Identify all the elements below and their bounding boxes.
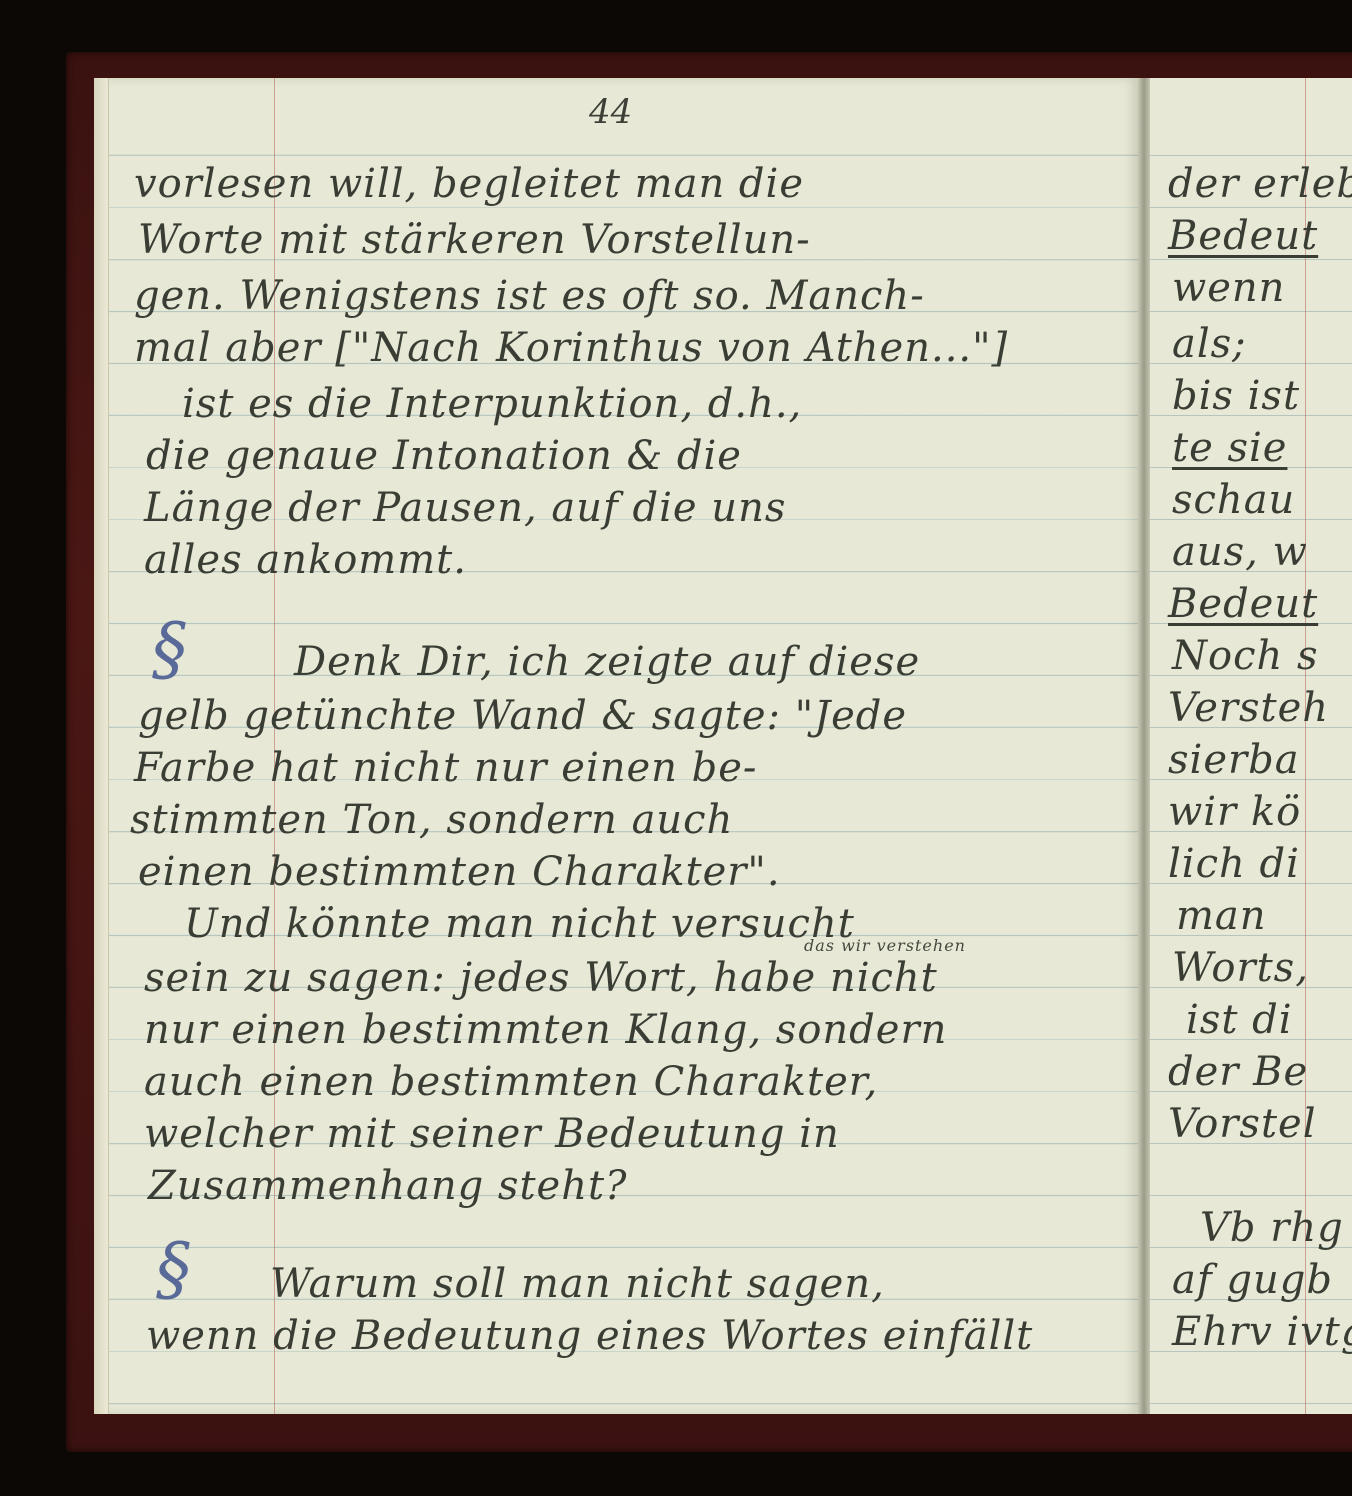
handwritten-line: der Be (1168, 1046, 1308, 1098)
handwritten-line: te sie (1172, 422, 1287, 474)
handwritten-line: Bedeut (1168, 210, 1318, 262)
page-edge (94, 78, 109, 1414)
handwritten-line: sierba (1168, 734, 1300, 786)
handwritten-line: wenn (1172, 262, 1285, 314)
right-page: der erleb Bedeut wenn als; bis ist te si… (1150, 78, 1352, 1414)
handwritten-line: Vb rhg (1200, 1202, 1344, 1254)
left-page: 44 vorlesen will, begleitet man die Wort… (94, 78, 1138, 1414)
handwritten-line: man (1176, 890, 1267, 942)
handwritten-line: Farbe hat nicht nur einen be- (134, 742, 757, 794)
handwritten-line: wenn die Bedeutung eines Wortes einfällt (146, 1310, 1033, 1362)
handwritten-line: af gugb (1172, 1254, 1333, 1306)
handwritten-line: Bedeut (1168, 578, 1318, 630)
handwritten-line: auch einen bestimmten Charakter, (144, 1056, 878, 1108)
section-mark: § (152, 608, 187, 690)
handwritten-line: ist di (1186, 994, 1293, 1046)
handwritten-line: sein zu sagen: jedes Wort, habe nicht (144, 952, 938, 1004)
handwritten-line: vorlesen will, begleitet man die (134, 158, 804, 210)
section-mark: § (156, 1228, 191, 1310)
handwritten-line: Versteh (1168, 682, 1329, 734)
handwritten-line: Ehrv ivtg (1172, 1306, 1352, 1358)
handwritten-line: einen bestimmten Charakter". (138, 846, 781, 898)
page-number: 44 (589, 92, 632, 132)
handwritten-line: welcher mit seiner Bedeutung in (144, 1108, 840, 1160)
handwritten-line: Noch s (1172, 630, 1319, 682)
handwritten-line: der erleb (1168, 158, 1352, 210)
handwritten-line: als; (1172, 318, 1247, 370)
handwritten-line: ist es die Interpunktion, d.h., (182, 378, 802, 430)
handwritten-line: mal aber ["Nach Korinthus von Athen..."] (134, 322, 1008, 374)
handwritten-line: Und könnte man nicht versucht (184, 898, 855, 950)
handwritten-line: Zusammenhang steht? (148, 1160, 627, 1212)
handwritten-line: gen. Wenigstens ist es oft so. Manch- (134, 270, 925, 322)
handwritten-line: die genaue Intonation & die (146, 430, 742, 482)
handwritten-line: bis ist (1172, 370, 1300, 422)
handwritten-line: Vorstel (1168, 1098, 1316, 1150)
book-gutter (1138, 78, 1150, 1414)
handwritten-line: Länge der Pausen, auf die uns (144, 482, 786, 534)
handwritten-line: stimmten Ton, sondern auch (130, 794, 733, 846)
handwritten-line: Worts, (1172, 942, 1309, 994)
handwritten-line: aus, w (1172, 526, 1308, 578)
handwritten-line: Worte mit stärkeren Vorstellun- (138, 214, 811, 266)
handwritten-line: Warum soll man nicht sagen, (270, 1258, 885, 1310)
handwritten-line: nur einen bestimmten Klang, sondern (144, 1004, 947, 1056)
handwritten-line: schau (1172, 474, 1295, 526)
handwritten-line: gelb getünchte Wand & sagte: "Jede (138, 690, 907, 742)
handwritten-line: Denk Dir, ich zeigte auf diese (294, 636, 920, 688)
handwritten-line: alles ankommt. (144, 534, 467, 586)
handwritten-line: lich di (1168, 838, 1300, 890)
handwritten-line: wir kö (1168, 786, 1301, 838)
